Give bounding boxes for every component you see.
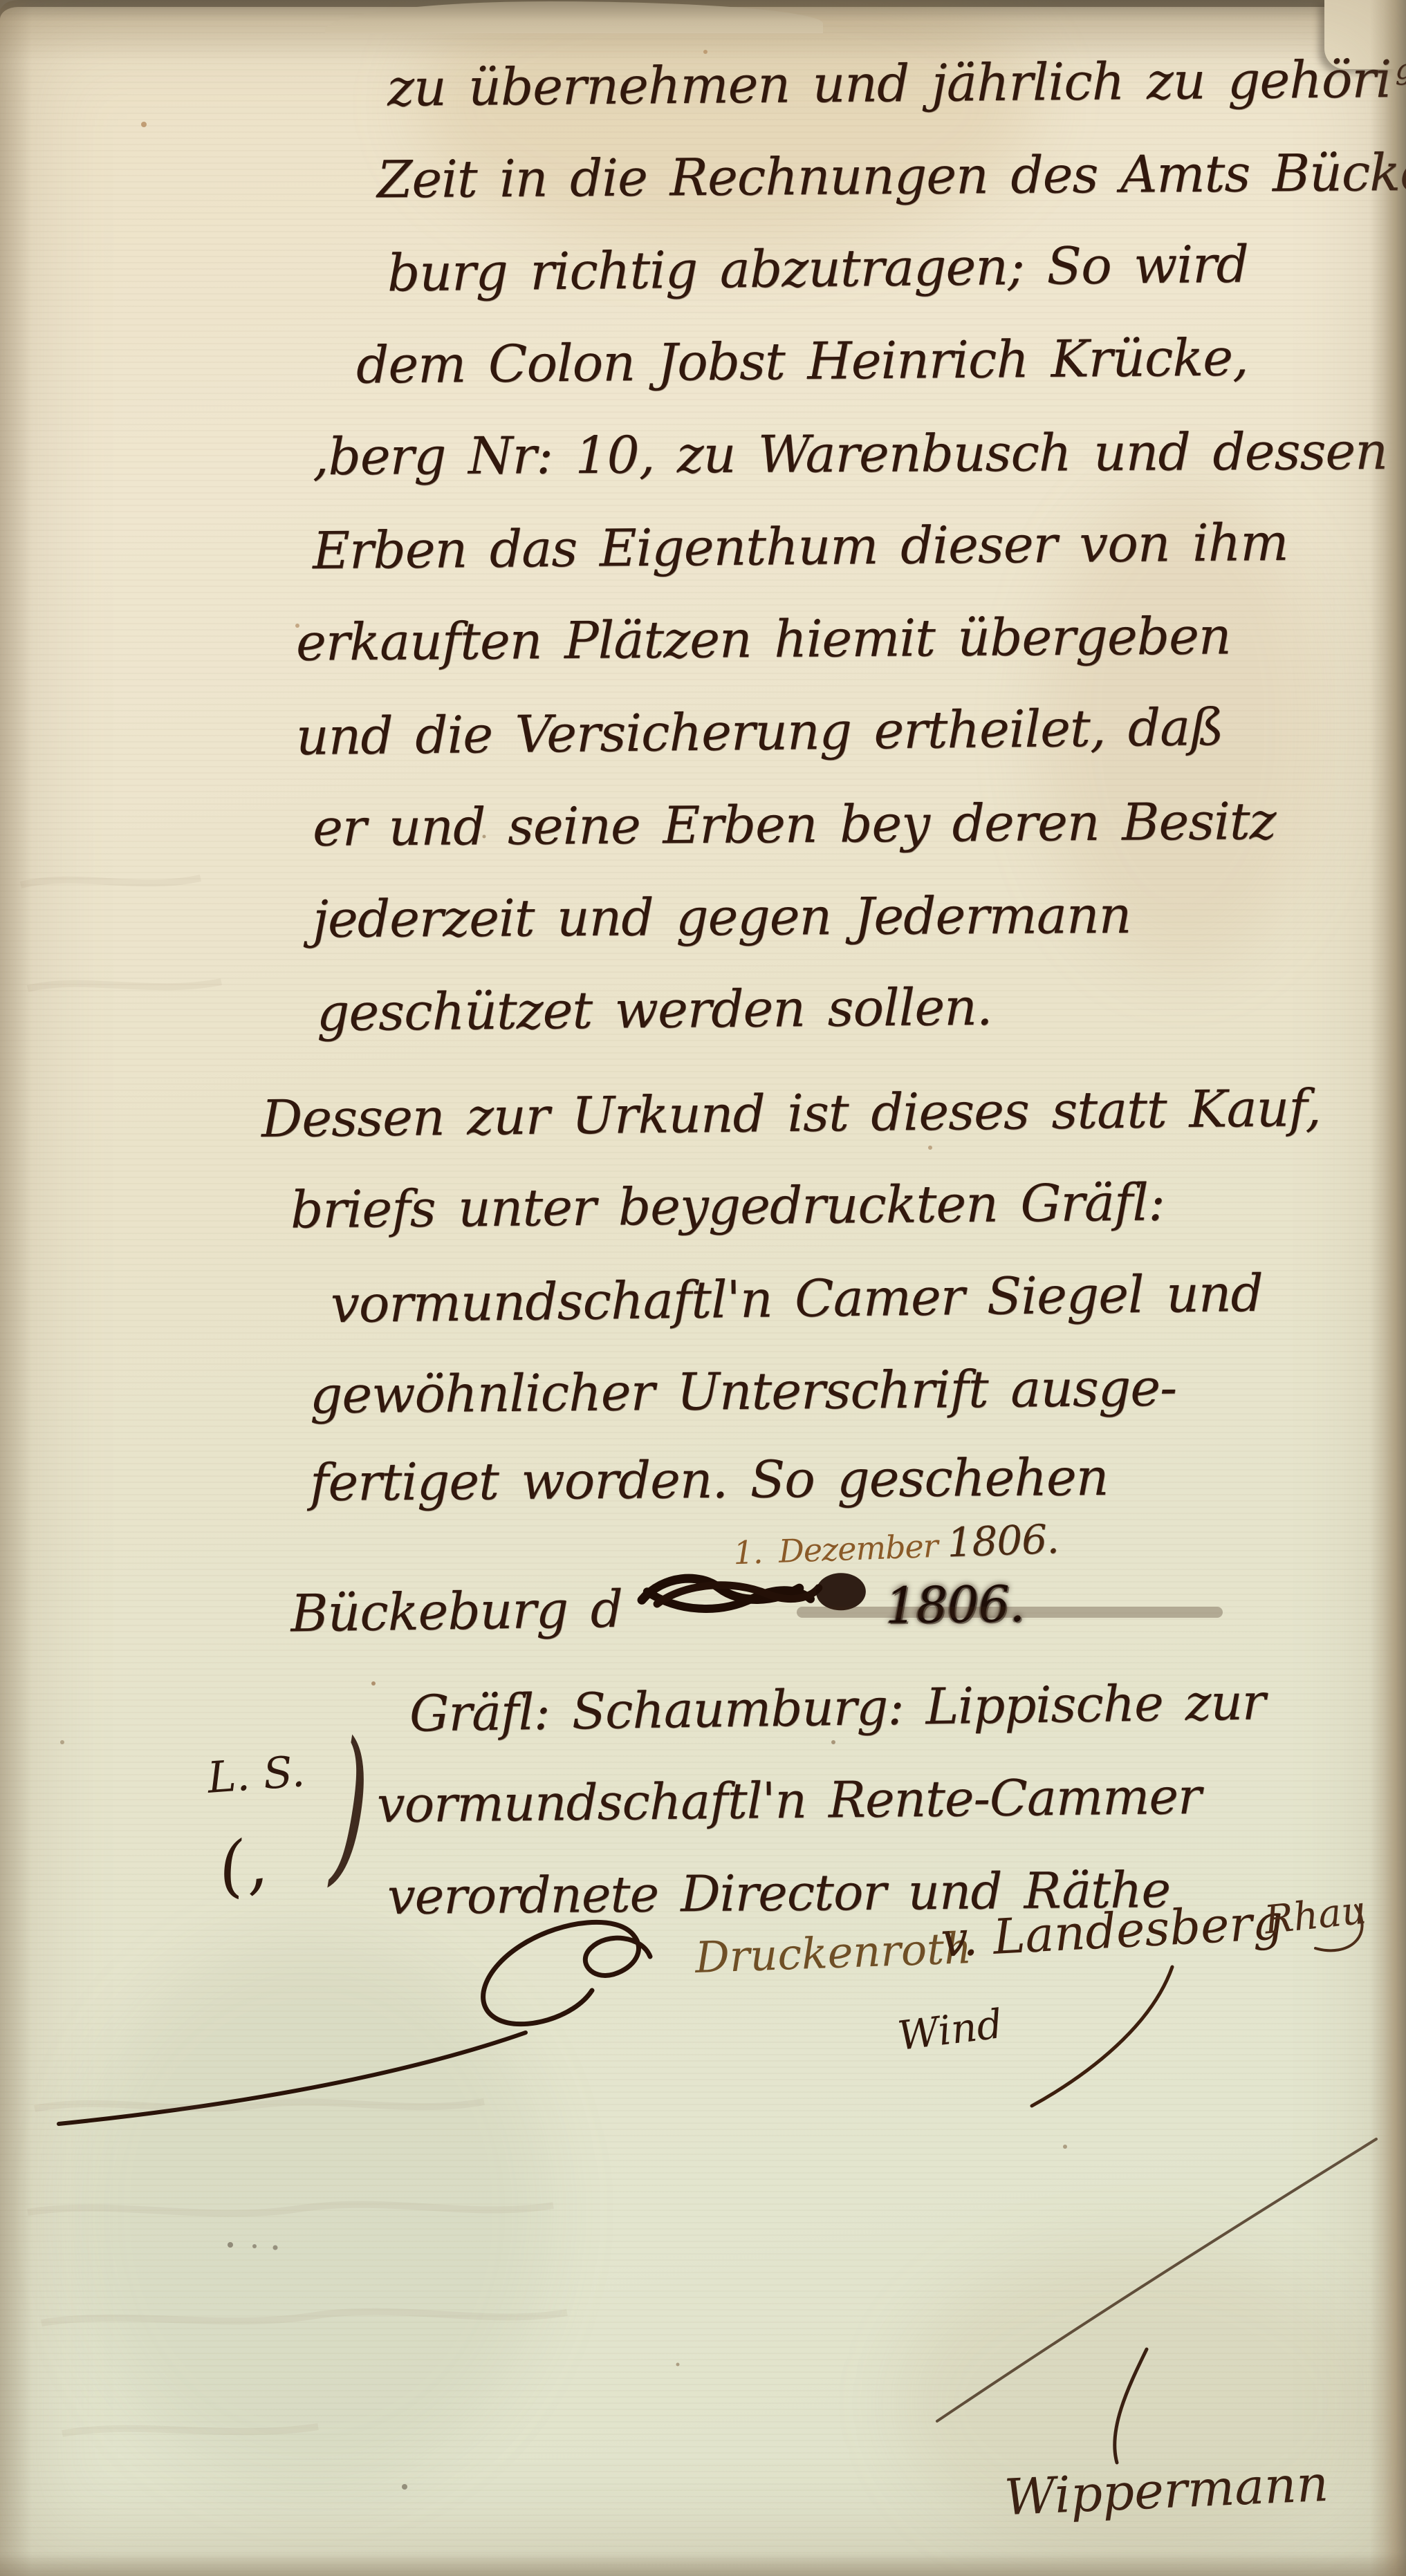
manuscript-line-12: Dessen zur Urkund ist dieses statt Kauf,: [261, 1079, 1321, 1149]
authority-line-1: Gräfl: Schaumburg: Lippische zur: [409, 1672, 1265, 1742]
manuscript-line-5: ,berg Nr: 10, zu Warenbusch und dessen: [313, 422, 1387, 487]
manuscript-line-16: fertiget worden. So geschehen: [310, 1448, 1109, 1513]
dateline-place: Bückeburg d: [290, 1580, 623, 1644]
authority-line-2: vormundschaftl'n Rente-Cammer: [377, 1767, 1201, 1833]
ink-blot: [815, 1573, 866, 1611]
signature-first: Druckenroth: [694, 1923, 972, 1983]
paper-stain: [69, 1936, 553, 2489]
left-edge-shadow: [0, 0, 32, 2576]
line-text: zu übernehmen und jährlich zu gehöri: [387, 50, 1391, 118]
manuscript-line-11: geschützet werden sollen.: [317, 978, 992, 1043]
manuscript-line-10: jederzeit und gegen Jedermann: [313, 886, 1131, 949]
manuscript-scan-page: zu übernehmen und jährlich zu gehöriger …: [0, 0, 1406, 2576]
manuscript-line-4: dem Colon Jobst Heinrich Krücke,: [356, 328, 1248, 395]
manuscript-line-8: und die Versicherung ertheilet, daß: [296, 698, 1224, 767]
manuscript-line-7: erkauften Plätzen hiemit übergeben: [296, 606, 1231, 672]
loco-sigilli-label: L. S.: [206, 1746, 306, 1803]
binding-edge-shadow: [1370, 0, 1406, 2576]
manuscript-dateline: Bückeburg d 1806.: [290, 1555, 1024, 1644]
superscript-ger: ger: [1395, 53, 1406, 86]
manuscript-line-14: vormundschaftl'n Camer Siegel und: [331, 1264, 1264, 1334]
strikethrough-scribble: [636, 1557, 871, 1627]
dateline-year: 1806.: [885, 1575, 1024, 1635]
manuscript-line-15: gewöhnlicher Unterschrift ausge-: [310, 1359, 1177, 1426]
manuscript-line-9: er und seine Erben bey deren Besitz: [313, 792, 1276, 858]
manuscript-line-6: Erben das Eigenthum dieser von ihm: [313, 513, 1288, 581]
manuscript-line-1: zu übernehmen und jährlich zu gehöriger: [387, 49, 1406, 118]
bottom-edge-shadow: [0, 2552, 1406, 2576]
manuscript-line-2: Zeit in die Rechnungen des Amts Bücke: [377, 143, 1406, 210]
manuscript-line-13: briefs unter beygedruckten Gräfl:: [290, 1173, 1165, 1240]
manuscript-line-3: burg richtig abzutragen; So wird: [387, 234, 1249, 303]
